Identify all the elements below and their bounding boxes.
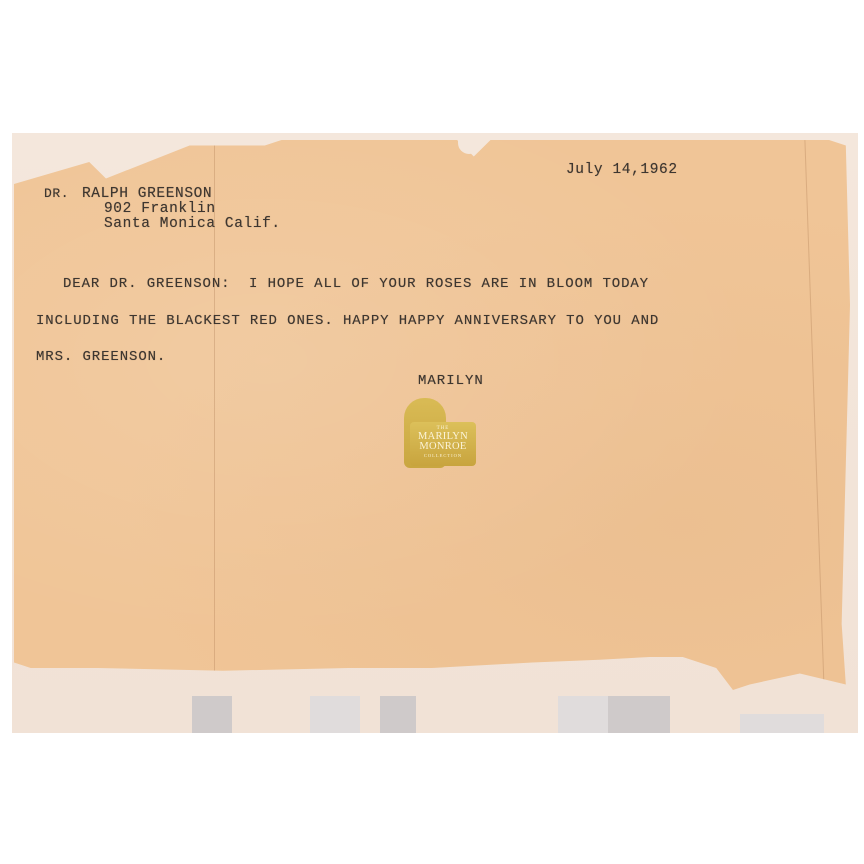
watermark-monroe: MONROE bbox=[410, 442, 476, 452]
body-line-3: MRS. GREENSON. bbox=[36, 349, 166, 365]
backdrop-shadow bbox=[608, 696, 670, 733]
recipient-name: RALPH GREENSON bbox=[82, 186, 212, 202]
watermark-collection: COLLECTION bbox=[410, 452, 476, 459]
signature: MARILYN bbox=[418, 373, 484, 389]
backdrop-shadow bbox=[558, 696, 608, 733]
backdrop-shadow bbox=[740, 714, 824, 733]
recipient-city: Santa Monica Calif. bbox=[104, 216, 281, 232]
watermark-plate: THE MARILYN MONROE COLLECTION bbox=[410, 422, 476, 466]
marilyn-monroe-collection-watermark: THE MARILYN MONROE COLLECTION bbox=[400, 398, 478, 468]
body-line-2: INCLUDING THE BLACKEST RED ONES. HAPPY H… bbox=[36, 313, 659, 329]
backdrop-shadow bbox=[380, 696, 416, 733]
paper-crease bbox=[804, 140, 824, 690]
body-line-1: DEAR DR. GREENSON: I HOPE ALL OF YOUR RO… bbox=[63, 276, 649, 292]
backdrop-shadow bbox=[192, 696, 232, 733]
backdrop-shadow bbox=[310, 696, 360, 733]
recipient-street: 902 Franklin bbox=[104, 201, 216, 217]
recipient-prefix: DR. bbox=[44, 186, 69, 201]
letter-date: July 14,1962 bbox=[566, 162, 678, 178]
